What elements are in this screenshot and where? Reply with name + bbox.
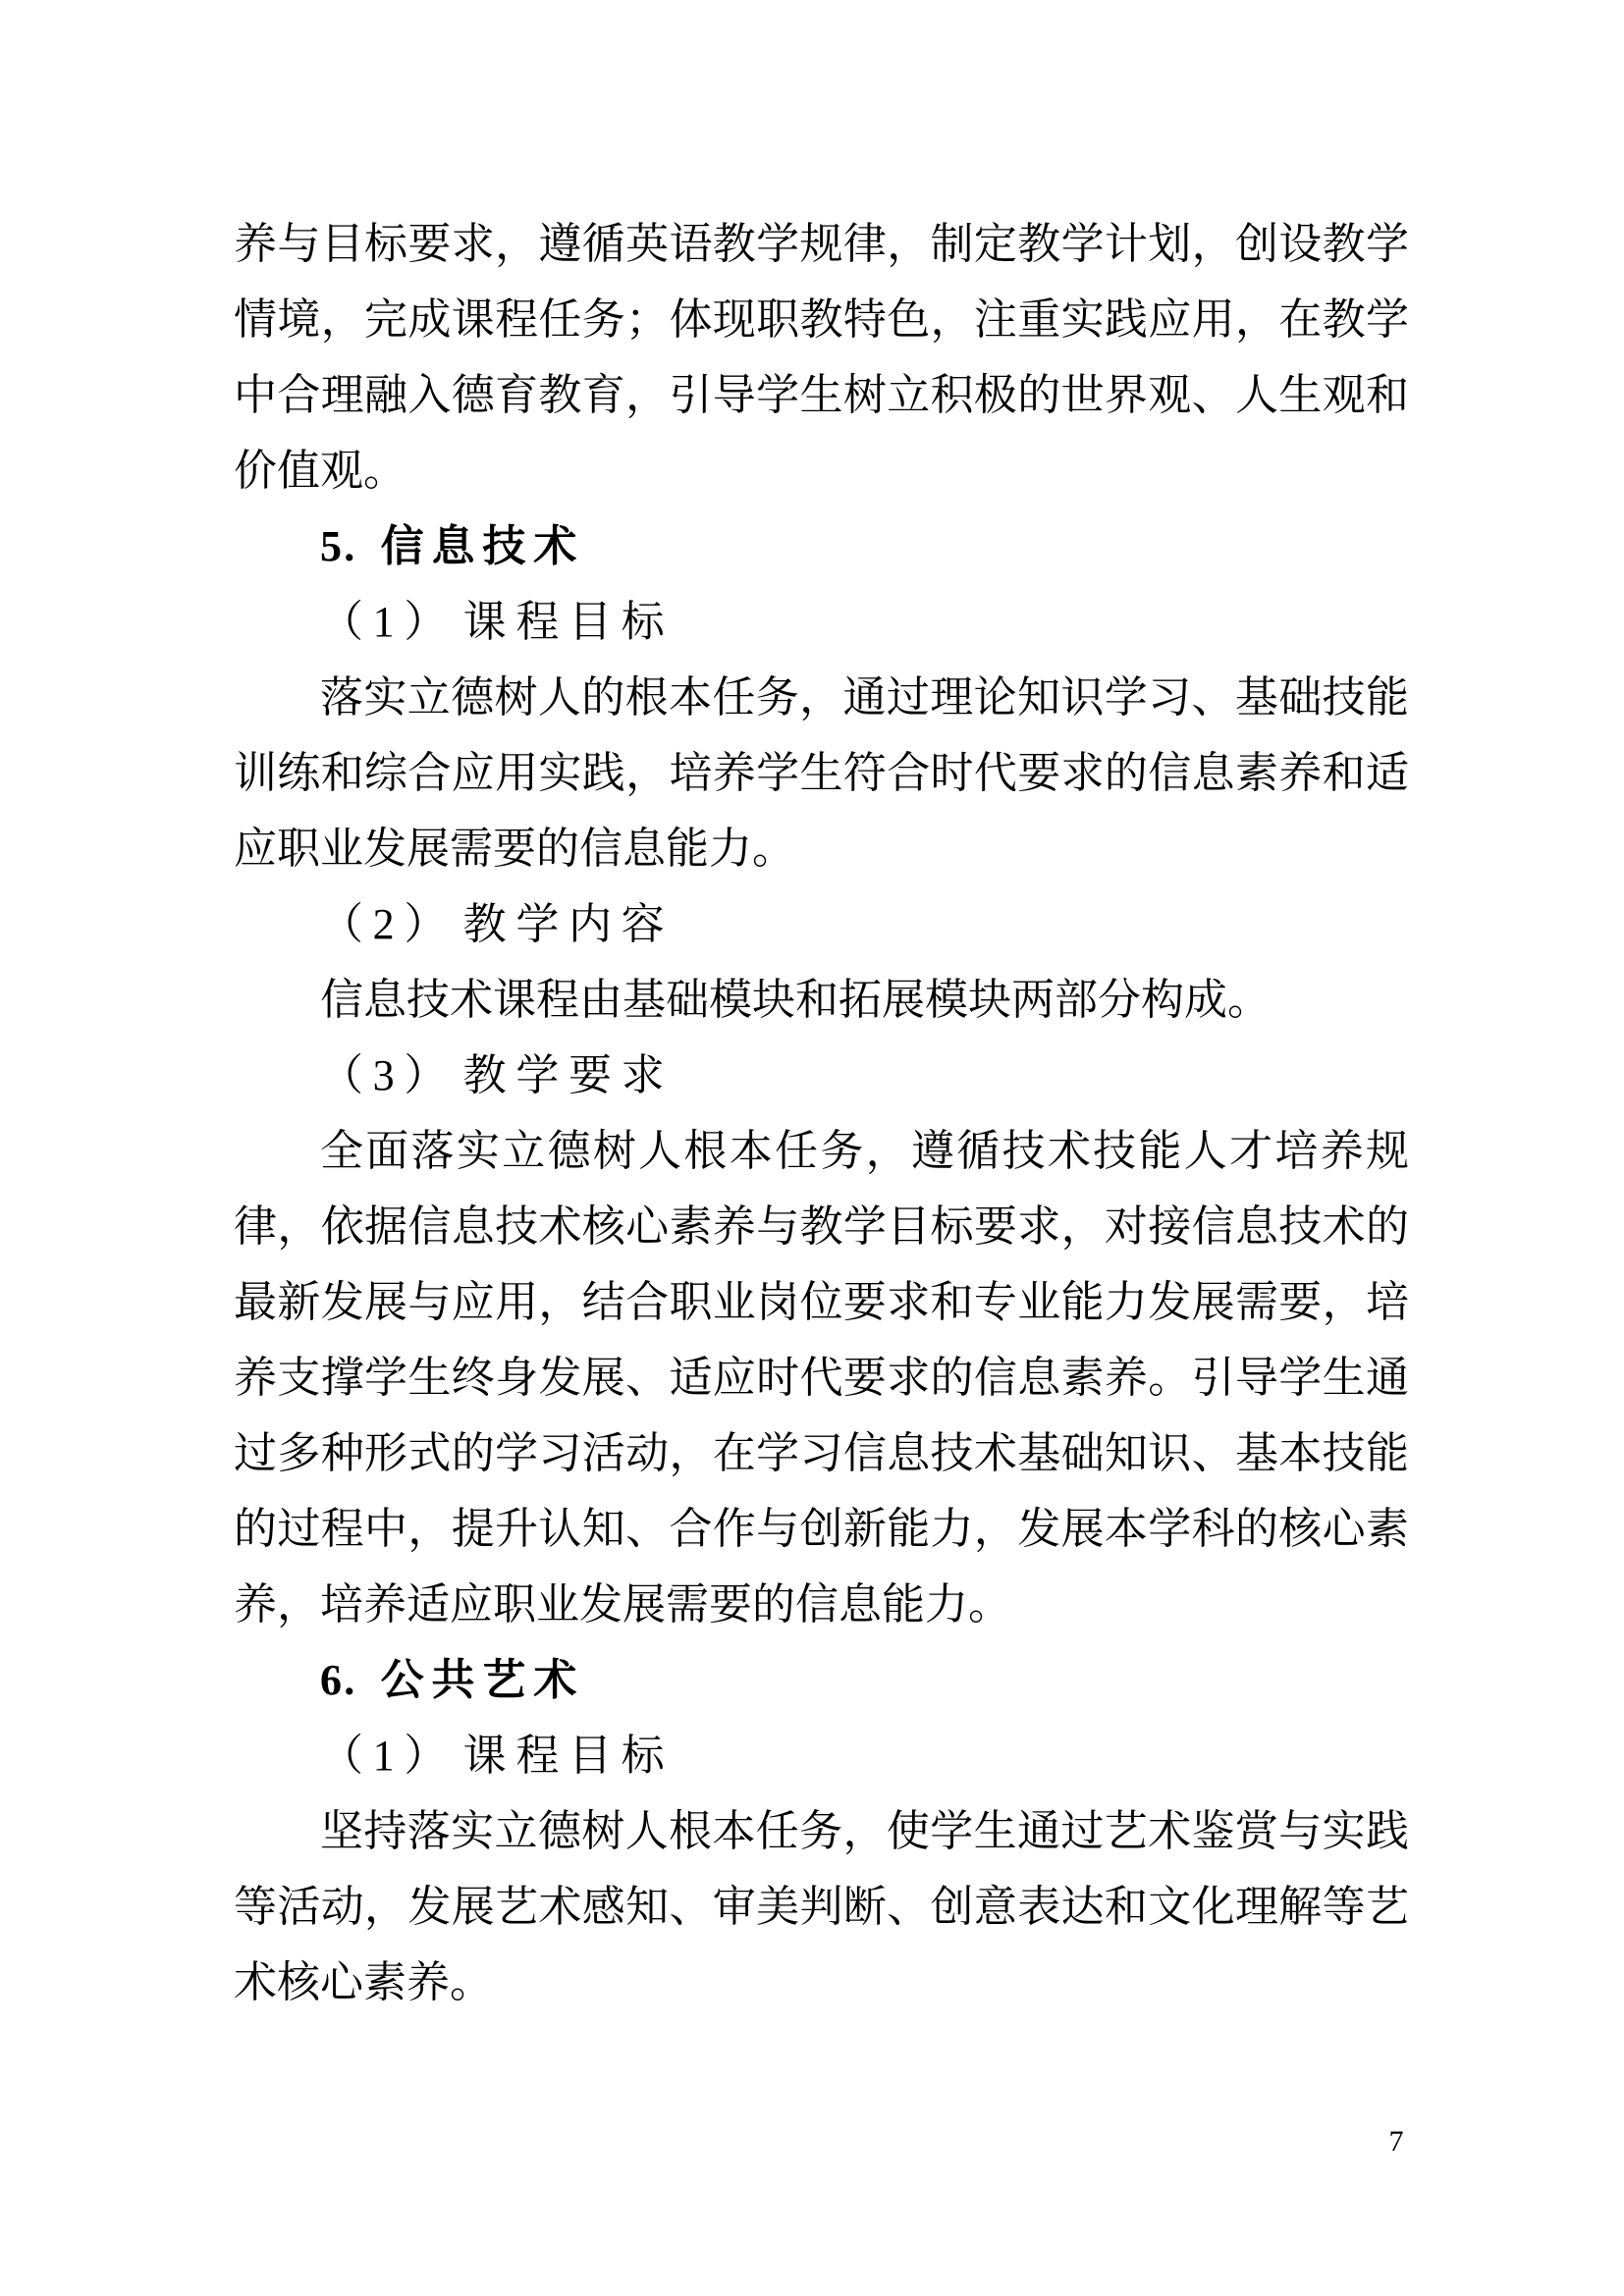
text-line: 养支撑学生终身发展、适应时代要求的信息素养。引导学生通 (234, 1340, 1409, 1415)
text-line: 训练和综合应用实践，培养学生符合时代要求的信息素养和适 (234, 735, 1409, 811)
text-line: 情境，完成课程任务；体现职教特色，注重实践应用，在教学 (234, 282, 1409, 357)
subsection-title: 教学内容 (463, 900, 675, 948)
subsection-number: （2） (320, 900, 457, 948)
document-body: 养与目标要求，遵循英语教学规律，制定教学计划，创设教学情境，完成课程任务；体现职… (234, 206, 1409, 2020)
subsection-title: 教学要求 (463, 1051, 675, 1099)
text-line: 落实立德树人的根本任务，通过理论知识学习、基础技能 (234, 660, 1409, 735)
text-line: 坚持落实立德树人根本任务，使学生通过艺术鉴赏与实践 (234, 1793, 1409, 1869)
text-line: 信息技术课程由基础模块和拓展模块两部分构成。 (234, 962, 1409, 1038)
text-line: 等活动，发展艺术感知、审美判断、创意表达和文化理解等艺 (234, 1869, 1409, 1945)
text-line: 律，依据信息技术核心素养与教学目标要求，对接信息技术的 (234, 1189, 1409, 1264)
section-heading: 6.公共艺术 (234, 1642, 1409, 1718)
subsection-heading: （1）课程目标 (234, 1718, 1409, 1793)
subsection-heading: （2）教学内容 (234, 886, 1409, 962)
text-line: 过多种形式的学习活动，在学习信息技术基础知识、基本技能 (234, 1415, 1409, 1491)
subsection-number: （1） (320, 598, 457, 646)
text-line: 术核心素养。 (234, 1945, 1409, 2020)
document-page: 养与目标要求，遵循英语教学规律，制定教学计划，创设教学情境，完成课程任务；体现职… (0, 0, 1624, 2296)
text-line: 养与目标要求，遵循英语教学规律，制定教学计划，创设教学 (234, 206, 1409, 282)
subsection-title: 课程目标 (463, 598, 675, 646)
text-line: 全面落实立德树人根本任务，遵循技术技能人才培养规 (234, 1113, 1409, 1189)
text-line: 最新发展与应用，结合职业岗位要求和专业能力发展需要，培 (234, 1264, 1409, 1340)
text-line: 应职业发展需要的信息能力。 (234, 811, 1409, 886)
subsection-number: （3） (320, 1051, 457, 1099)
subsection-heading: （1）课程目标 (234, 584, 1409, 660)
text-line: 中合理融入德育教育，引导学生树立积极的世界观、人生观和 (234, 357, 1409, 433)
subsection-title: 课程目标 (463, 1732, 675, 1780)
section-title: 公共艺术 (381, 1656, 585, 1704)
section-number: 5. (320, 522, 356, 570)
text-line: 的过程中，提升认知、合作与创新能力，发展本学科的核心素 (234, 1491, 1409, 1567)
subsection-heading: （3）教学要求 (234, 1038, 1409, 1113)
page-number: 7 (1373, 2122, 1420, 2162)
subsection-number: （1） (320, 1732, 457, 1780)
section-heading: 5.信息技术 (234, 508, 1409, 584)
section-title: 信息技术 (381, 522, 585, 570)
text-line: 价值观。 (234, 433, 1409, 508)
text-line: 养，培养适应职业发展需要的信息能力。 (234, 1567, 1409, 1642)
section-number: 6. (320, 1656, 356, 1704)
